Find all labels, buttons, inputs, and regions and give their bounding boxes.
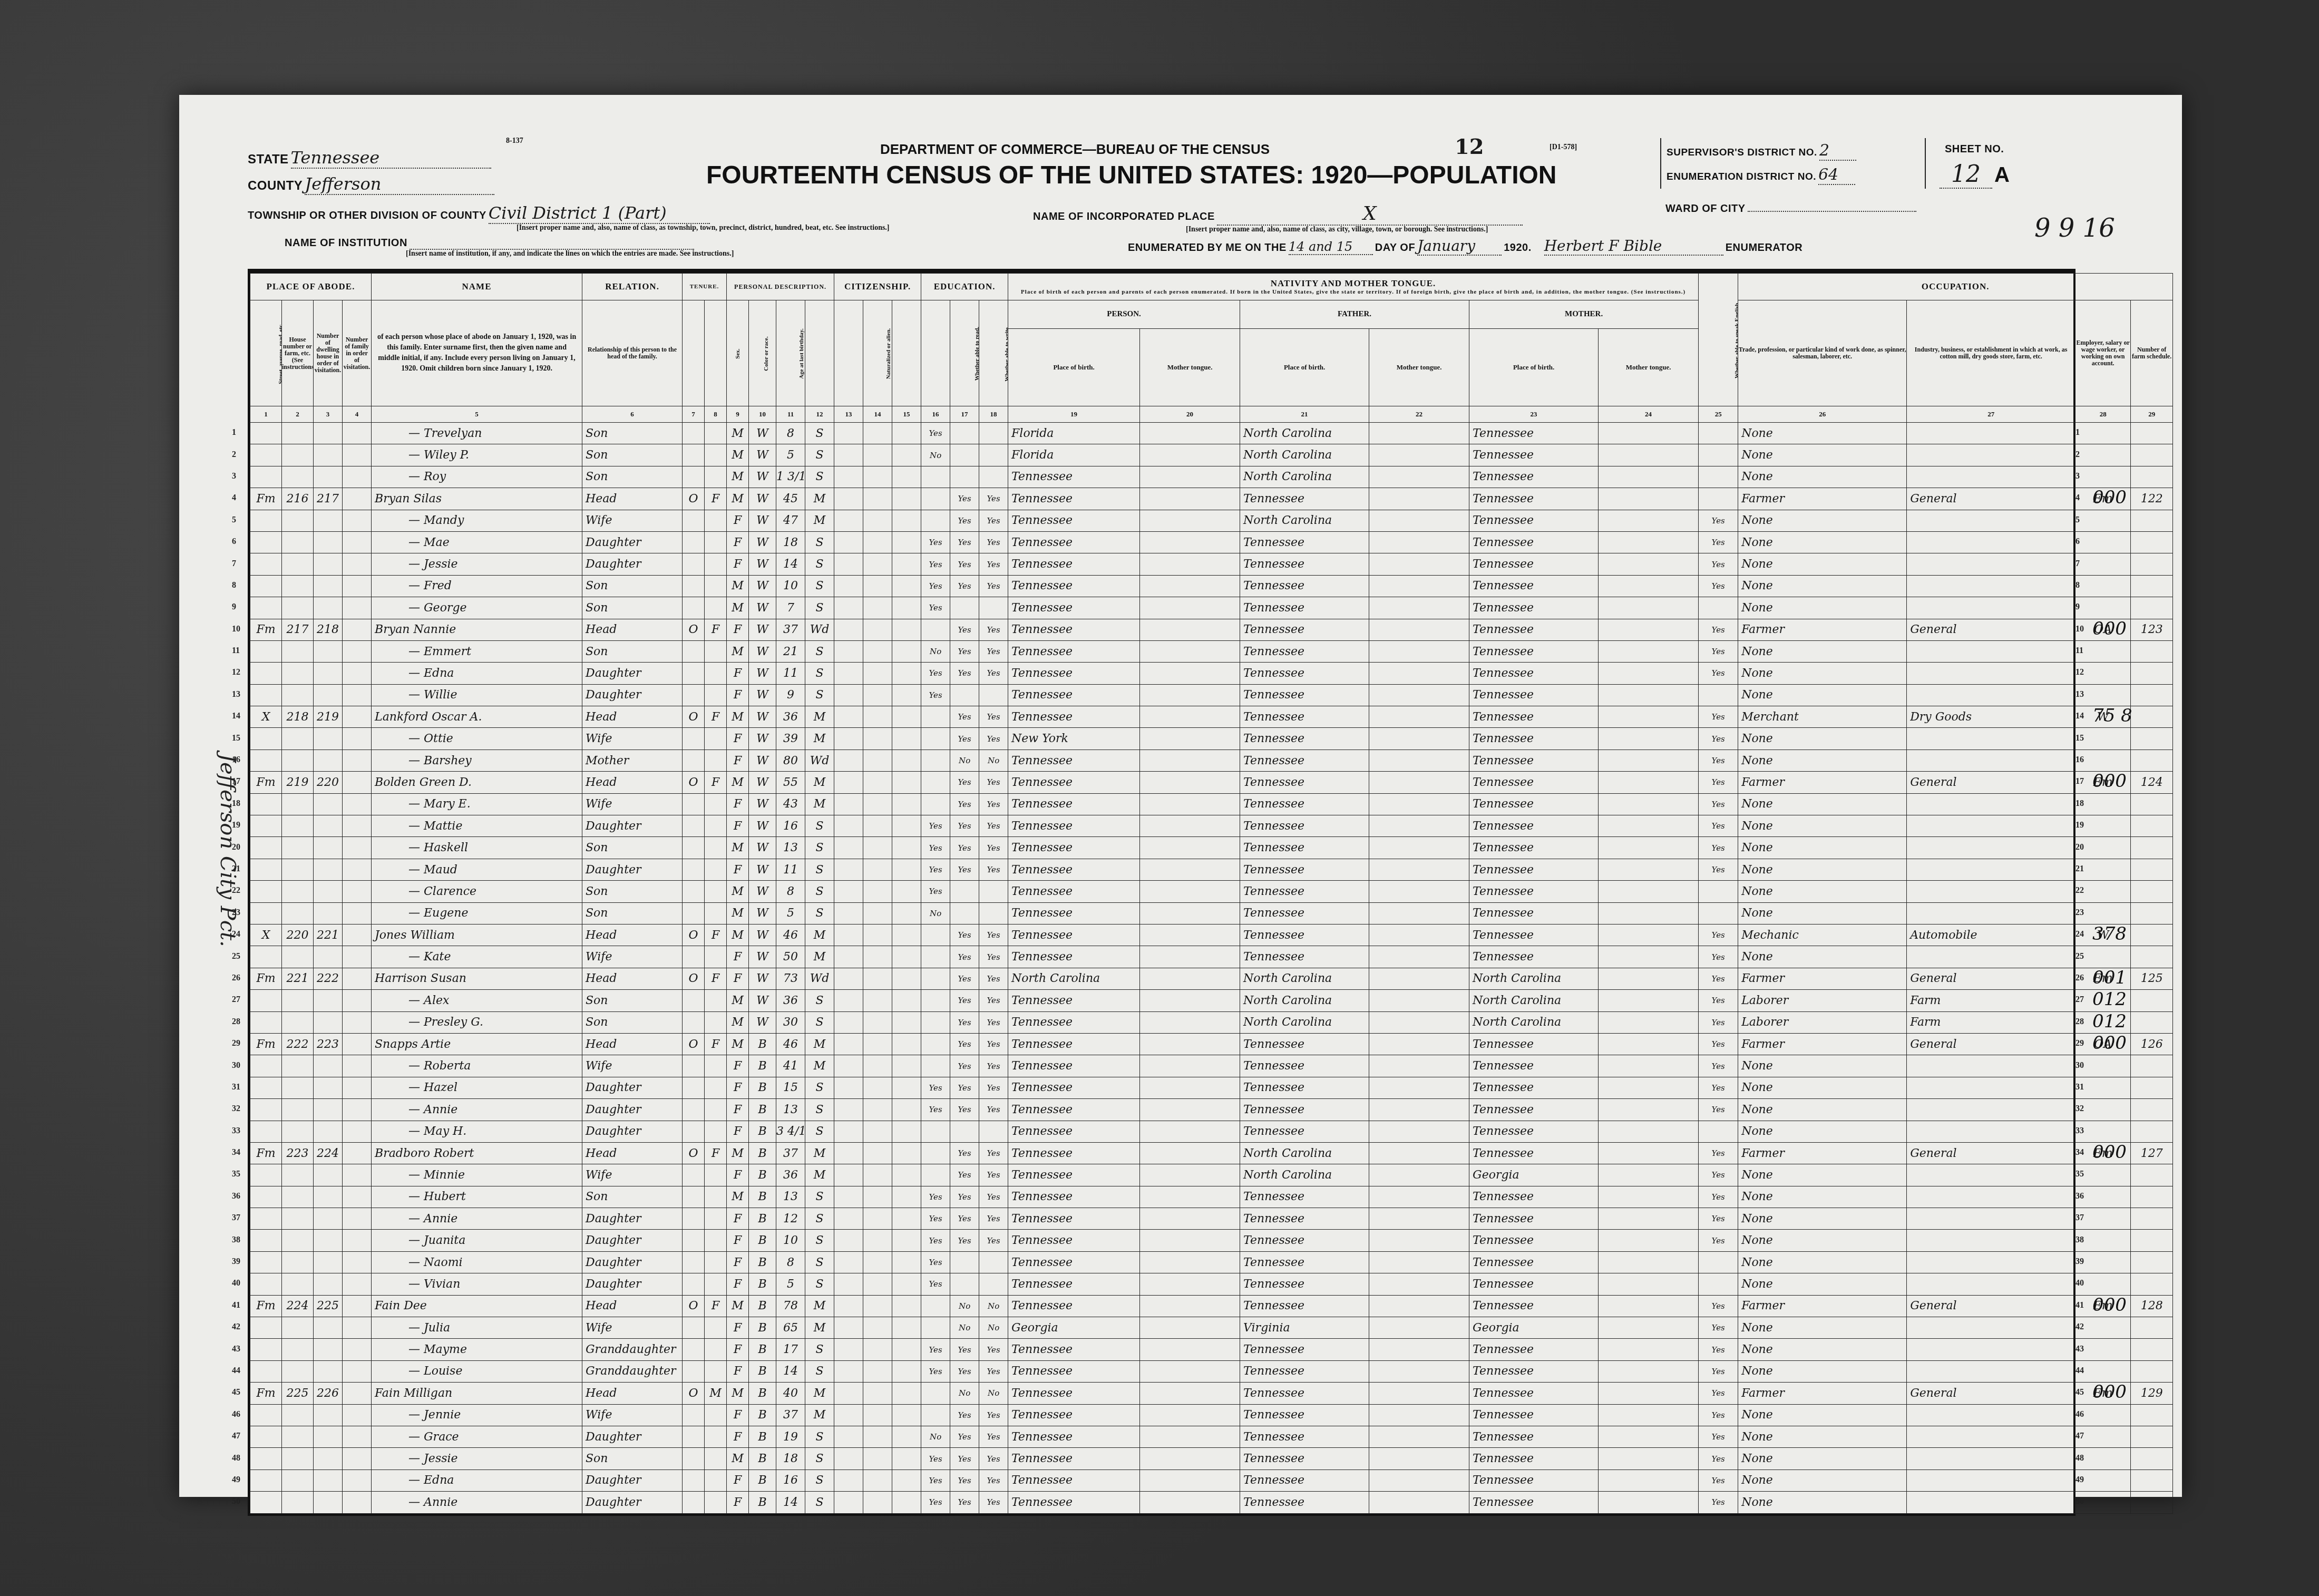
cell-mtongue [1599, 1492, 1699, 1513]
cell-trade: None [1738, 466, 1907, 488]
col-father-tongue: Mother tongue. [1369, 329, 1469, 406]
cell-color: B [749, 1208, 776, 1230]
column-number: 22 [1369, 406, 1469, 423]
cell-marital: M [805, 728, 834, 750]
cell-street [250, 531, 282, 553]
cell-trade: Farmer [1738, 1033, 1907, 1055]
cell-tongue [1140, 946, 1240, 968]
cell-pob: Tennessee [1008, 1164, 1140, 1186]
cell-house [282, 444, 314, 466]
cell-house [282, 1273, 314, 1295]
column-number: 7 [683, 406, 705, 423]
cell-class [2076, 444, 2131, 466]
cell-name: Bryan Nannie [372, 619, 582, 640]
line-number: 36 [2076, 1192, 2084, 1201]
cell-dwelling: 226 [314, 1383, 343, 1404]
cell-color: W [749, 640, 776, 662]
cell-relation: Head [582, 772, 683, 793]
cell-mtongue [1599, 510, 1699, 531]
cell-pob: Tennessee [1008, 531, 1140, 553]
cell-house [282, 640, 314, 662]
cell-mtongue [1599, 1099, 1699, 1121]
cell-marital: S [805, 1121, 834, 1142]
cell-sex: F [727, 750, 749, 771]
cell-immig [834, 663, 863, 684]
cell-english [1699, 423, 1738, 444]
cell-mtongue [1599, 1273, 1699, 1295]
cell-mort [705, 597, 727, 619]
cell-write: Yes [979, 575, 1008, 597]
cell-dwelling: 221 [314, 924, 343, 946]
cell-school: Yes [921, 1230, 950, 1251]
column-number: 26 [1738, 406, 1907, 423]
cell-fpob: Tennessee [1240, 575, 1369, 597]
cell-school [921, 968, 950, 989]
cell-trade: None [1738, 1099, 1907, 1121]
column-numbers: 1234567891011121314151617181920212223242… [250, 406, 2173, 423]
line-number: 2 [232, 450, 236, 460]
cell-sex: F [727, 728, 749, 750]
cell-farm [2131, 466, 2173, 488]
cell-house [282, 663, 314, 684]
cell-name: — Ottie [372, 728, 582, 750]
cell-marital: M [805, 1055, 834, 1077]
group-abode: PLACE OF ABODE. [250, 274, 372, 300]
cell-farm [2131, 902, 2173, 924]
cell-mpob: Tennessee [1469, 1470, 1599, 1491]
cell-farm [2131, 423, 2173, 444]
cell-age: 17 [776, 1339, 805, 1360]
cell-class [2076, 575, 2131, 597]
county-label: COUNTY [248, 179, 303, 193]
cell-school [921, 1142, 950, 1164]
cell-age: 37 [776, 1404, 805, 1426]
cell-dwelling: 217 [314, 488, 343, 510]
cell-write: No [979, 1383, 1008, 1404]
cell-mtongue [1599, 946, 1699, 968]
line-number: 10 [2076, 625, 2084, 634]
cell-read: Yes [950, 728, 979, 750]
cell-color: W [749, 750, 776, 771]
cell-mtongue [1599, 706, 1699, 728]
cell-mtongue [1599, 1251, 1699, 1273]
line-number: 19 [232, 821, 240, 830]
cell-write: Yes [979, 837, 1008, 859]
cell-farm [2131, 1055, 2173, 1077]
cell-natz [863, 837, 892, 859]
cell-ftongue [1369, 1033, 1469, 1055]
cell-english: Yes [1699, 1295, 1738, 1317]
cell-industry: General [1907, 1295, 2076, 1317]
cell-own [683, 684, 705, 706]
census-row: Fm216217Bryan SilasHeadOFMW45MYesYesTenn… [250, 488, 2173, 510]
cell-marital: S [805, 1360, 834, 1382]
cell-house [282, 466, 314, 488]
cell-mtongue [1599, 1033, 1699, 1055]
cell-read [950, 597, 979, 619]
cell-farm: 129 [2131, 1383, 2173, 1404]
cell-pob: Tennessee [1008, 1208, 1140, 1230]
cell-natyear [892, 423, 921, 444]
cell-ftongue [1369, 1251, 1469, 1273]
line-number: 1 [2076, 428, 2080, 437]
cell-trade: None [1738, 728, 1907, 750]
cell-farm [2131, 750, 2173, 771]
cell-pob: Tennessee [1008, 510, 1140, 531]
cell-mtongue [1599, 1383, 1699, 1404]
cell-fpob: Tennessee [1240, 1099, 1369, 1121]
cell-relation: Son [582, 1186, 683, 1208]
cell-trade: None [1738, 859, 1907, 880]
cell-pob: Tennessee [1008, 1230, 1140, 1251]
cell-industry [1907, 1230, 2076, 1251]
cell-farm [2131, 1011, 2173, 1033]
cell-tongue [1140, 1208, 1240, 1230]
cell-family [343, 466, 372, 488]
cell-family [343, 1317, 372, 1339]
cell-mpob: Tennessee [1469, 423, 1599, 444]
cell-street [250, 1470, 282, 1491]
line-number: 12 [2076, 668, 2084, 677]
cell-ftongue [1369, 1142, 1469, 1164]
cell-english: Yes [1699, 1011, 1738, 1033]
cell-fpob: Tennessee [1240, 1055, 1369, 1077]
cell-trade: Merchant [1738, 706, 1907, 728]
cell-family [343, 1164, 372, 1186]
cell-read: Yes [950, 793, 979, 815]
department-line: DEPARTMENT OF COMMERCE—BUREAU OF THE CEN… [880, 141, 1270, 158]
cell-house [282, 902, 314, 924]
cell-read: No [950, 1317, 979, 1339]
cell-school: Yes [921, 663, 950, 684]
cell-natz [863, 793, 892, 815]
cell-name: — Juanita [372, 1230, 582, 1251]
cell-school [921, 946, 950, 968]
cell-mpob: Tennessee [1469, 881, 1599, 902]
cell-marital: Wd [805, 619, 834, 640]
cell-age: 5 [776, 1273, 805, 1295]
cell-natyear [892, 815, 921, 837]
group-occupation: OCCUPATION. [1738, 274, 2173, 300]
cell-school [921, 772, 950, 793]
cell-color: B [749, 1033, 776, 1055]
cell-pob: Tennessee [1008, 815, 1140, 837]
cell-dwelling: 225 [314, 1295, 343, 1317]
cell-natz [863, 1164, 892, 1186]
cell-sex: F [727, 531, 749, 553]
cell-pob: Tennessee [1008, 946, 1140, 968]
cell-name: — Jessie [372, 553, 582, 575]
cell-natz [863, 1208, 892, 1230]
cell-pob: Tennessee [1008, 881, 1140, 902]
cell-farm [2131, 837, 2173, 859]
cell-trade: None [1738, 902, 1907, 924]
cell-street [250, 1011, 282, 1033]
cell-sex: M [727, 1295, 749, 1317]
cell-english: Yes [1699, 1164, 1738, 1186]
day-of-label: DAY OF [1375, 242, 1415, 254]
cell-ftongue [1369, 750, 1469, 771]
cell-color: W [749, 466, 776, 488]
cell-natyear [892, 640, 921, 662]
cell-fpob: Tennessee [1240, 1295, 1369, 1317]
column-number: 24 [1599, 406, 1699, 423]
cell-farm [2131, 1186, 2173, 1208]
cell-write: Yes [979, 968, 1008, 989]
cell-family [343, 1077, 372, 1098]
cell-street [250, 640, 282, 662]
cell-sex: M [727, 706, 749, 728]
cell-mort [705, 859, 727, 880]
cell-fpob: North Carolina [1240, 1142, 1369, 1164]
cell-read: No [950, 1383, 979, 1404]
cell-tongue [1140, 1055, 1240, 1077]
cell-house: 216 [282, 488, 314, 510]
cell-industry [1907, 466, 2076, 488]
cell-fpob: North Carolina [1240, 466, 1369, 488]
cell-pob: Tennessee [1008, 1273, 1140, 1295]
cell-school: Yes [921, 1077, 950, 1098]
census-sheet: STATE Tennessee COUNTY Jefferson TOWNSHI… [179, 95, 2182, 1497]
cell-mpob: Tennessee [1469, 815, 1599, 837]
cell-family [343, 444, 372, 466]
occupation-code-note: 000 [2092, 1381, 2127, 1403]
cell-natz [863, 1186, 892, 1208]
cell-industry [1907, 881, 2076, 902]
cell-industry [1907, 1492, 2076, 1513]
cell-tongue [1140, 575, 1240, 597]
cell-trade: None [1738, 553, 1907, 575]
cell-pob: Tennessee [1008, 837, 1140, 859]
cell-house [282, 423, 314, 444]
cell-english: Yes [1699, 1077, 1738, 1098]
cell-fpob: Tennessee [1240, 946, 1369, 968]
cell-industry [1907, 815, 2076, 837]
cell-read: Yes [950, 1142, 979, 1164]
cell-family [343, 663, 372, 684]
cell-english [1699, 1121, 1738, 1142]
census-row: — TrevelyanSonMW8SYesFloridaNorth Caroli… [250, 423, 2173, 444]
cell-english: Yes [1699, 859, 1738, 880]
cell-school [921, 728, 950, 750]
cell-natz [863, 684, 892, 706]
cell-natz [863, 488, 892, 510]
cell-english: Yes [1699, 728, 1738, 750]
cell-family [343, 423, 372, 444]
cell-marital: M [805, 946, 834, 968]
cell-mort: M [705, 1383, 727, 1404]
cell-mpob: Tennessee [1469, 1273, 1599, 1295]
cell-school: Yes [921, 859, 950, 880]
cell-immig [834, 619, 863, 640]
cell-farm [2131, 1164, 2173, 1186]
cell-trade: None [1738, 1470, 1907, 1491]
line-number: 10 [232, 625, 240, 634]
cell-fpob: Tennessee [1240, 1339, 1369, 1360]
cell-dwelling: 223 [314, 1033, 343, 1055]
cell-natz [863, 663, 892, 684]
cell-age: 5 [776, 902, 805, 924]
cell-marital: S [805, 1470, 834, 1491]
col-sex: Sex. [727, 300, 749, 406]
cell-ftongue [1369, 575, 1469, 597]
cell-write: Yes [979, 1426, 1008, 1447]
cell-name: — Haskell [372, 837, 582, 859]
col-trade: Trade, profession, or particular kind of… [1738, 300, 1907, 406]
cell-dwelling [314, 1251, 343, 1273]
cell-relation: Head [582, 619, 683, 640]
cell-industry: Farm [1907, 990, 2076, 1011]
cell-mpob: Tennessee [1469, 1383, 1599, 1404]
cell-age: 10 [776, 575, 805, 597]
cell-trade: None [1738, 1164, 1907, 1186]
census-row: — OttieWifeFW39MYesYesNew YorkTennesseeT… [250, 728, 2173, 750]
cell-house [282, 815, 314, 837]
occupation-code-note: 378 [2092, 923, 2127, 945]
cell-marital: M [805, 706, 834, 728]
cell-read: Yes [950, 1186, 979, 1208]
cell-natz [863, 1273, 892, 1295]
cell-immig [834, 1055, 863, 1077]
census-row: — AlexSonMW36SYesYesTennesseeNorth Carol… [250, 990, 2173, 1011]
cell-age: 37 [776, 1142, 805, 1164]
line-number: 5 [2076, 515, 2080, 525]
cell-age: 36 [776, 706, 805, 728]
cell-ftongue [1369, 531, 1469, 553]
cell-natyear [892, 1186, 921, 1208]
cell-house: 224 [282, 1295, 314, 1317]
cell-family [343, 684, 372, 706]
cell-immig [834, 1121, 863, 1142]
cell-fpob: Tennessee [1240, 684, 1369, 706]
cell-dwelling [314, 640, 343, 662]
column-number: 17 [950, 406, 979, 423]
cell-age: 18 [776, 1448, 805, 1470]
cell-street [250, 750, 282, 771]
cell-immig [834, 1383, 863, 1404]
cell-write: Yes [979, 1186, 1008, 1208]
line-number: 39 [2076, 1257, 2084, 1267]
line-number: 15 [2076, 734, 2084, 743]
line-number: 26 [2076, 974, 2084, 983]
cell-mort [705, 815, 727, 837]
cell-trade: Farmer [1738, 968, 1907, 989]
cell-relation: Daughter [582, 1230, 683, 1251]
cell-industry [1907, 423, 2076, 444]
cell-tongue [1140, 510, 1240, 531]
cell-relation: Daughter [582, 1273, 683, 1295]
census-row: — MinnieWifeFB36MYesYesTennesseeNorth Ca… [250, 1164, 2173, 1186]
cell-ftongue [1369, 881, 1469, 902]
cell-immig [834, 728, 863, 750]
cell-trade: None [1738, 1360, 1907, 1382]
cell-natz [863, 466, 892, 488]
census-row: — EdnaDaughterFB16SYesYesYesTennesseeTen… [250, 1470, 2173, 1491]
cell-color: B [749, 1164, 776, 1186]
cell-school: Yes [921, 423, 950, 444]
cell-sex: M [727, 575, 749, 597]
cell-street [250, 1339, 282, 1360]
cell-fpob: Tennessee [1240, 1186, 1369, 1208]
line-number: 5 [232, 515, 236, 525]
cell-dwelling [314, 1164, 343, 1186]
cell-pob: Tennessee [1008, 1404, 1140, 1426]
cell-house: 223 [282, 1142, 314, 1164]
col-english: Whether able to speak English. [1699, 274, 1738, 406]
cell-color: B [749, 1360, 776, 1382]
cell-ftongue [1369, 1360, 1469, 1382]
form-code: [D1-578] [1550, 143, 1577, 152]
census-row: — MandyWifeFW47MYesYesTennesseeNorth Car… [250, 510, 2173, 531]
census-row: — VivianDaughterFB5SYesTennesseeTennesse… [250, 1273, 2173, 1295]
cell-name: — Fred [372, 575, 582, 597]
cell-trade: Laborer [1738, 1011, 1907, 1033]
cell-natz [863, 946, 892, 968]
cell-natyear [892, 1208, 921, 1230]
line-number: 27 [2076, 995, 2084, 1005]
cell-house [282, 837, 314, 859]
cell-name: — Hazel [372, 1077, 582, 1098]
cell-write: Yes [979, 1404, 1008, 1426]
cell-fpob: Tennessee [1240, 1448, 1369, 1470]
cell-age: 7 [776, 597, 805, 619]
cell-sex: F [727, 1404, 749, 1426]
column-number: 20 [1140, 406, 1240, 423]
cell-natyear [892, 1470, 921, 1491]
cell-school: Yes [921, 837, 950, 859]
cell-house [282, 1077, 314, 1098]
cell-english: Yes [1699, 575, 1738, 597]
cell-tongue [1140, 531, 1240, 553]
cell-ftongue [1369, 924, 1469, 946]
cell-color: B [749, 1448, 776, 1470]
cell-dwelling [314, 1230, 343, 1251]
cell-fpob: Tennessee [1240, 1121, 1369, 1142]
cell-dwelling [314, 1186, 343, 1208]
cell-fpob: Tennessee [1240, 597, 1369, 619]
cell-natyear [892, 1077, 921, 1098]
census-table: PLACE OF ABODE. NAME RELATION. TENURE. P… [248, 269, 2076, 1516]
cell-color: W [749, 728, 776, 750]
cell-age: 11 [776, 859, 805, 880]
cell-own [683, 1055, 705, 1077]
cell-relation: Daughter [582, 531, 683, 553]
cell-mpob: Tennessee [1469, 575, 1599, 597]
cell-dwelling [314, 881, 343, 902]
cell-relation: Daughter [582, 684, 683, 706]
nativity-desc: Place of birth of each person and parent… [1008, 289, 1698, 295]
line-number: 25 [2076, 952, 2084, 961]
cell-mtongue [1599, 663, 1699, 684]
line-number: 14 [232, 712, 240, 721]
census-row: Fm217218Bryan NannieHeadOFFW37WdYesYesTe… [250, 619, 2173, 640]
ed-value: 64 [1818, 166, 1855, 185]
line-number: 7 [232, 559, 236, 569]
line-number: 32 [2076, 1104, 2084, 1114]
cell-tongue [1140, 684, 1240, 706]
cell-relation: Granddaughter [582, 1339, 683, 1360]
cell-dwelling [314, 1360, 343, 1382]
line-number: 19 [2076, 821, 2084, 830]
cell-natyear [892, 728, 921, 750]
cell-relation: Son [582, 881, 683, 902]
cell-color: W [749, 990, 776, 1011]
cell-tongue [1140, 466, 1240, 488]
line-number: 35 [2076, 1170, 2084, 1179]
cell-english: Yes [1699, 553, 1738, 575]
cell-house [282, 1251, 314, 1273]
cell-natz [863, 728, 892, 750]
